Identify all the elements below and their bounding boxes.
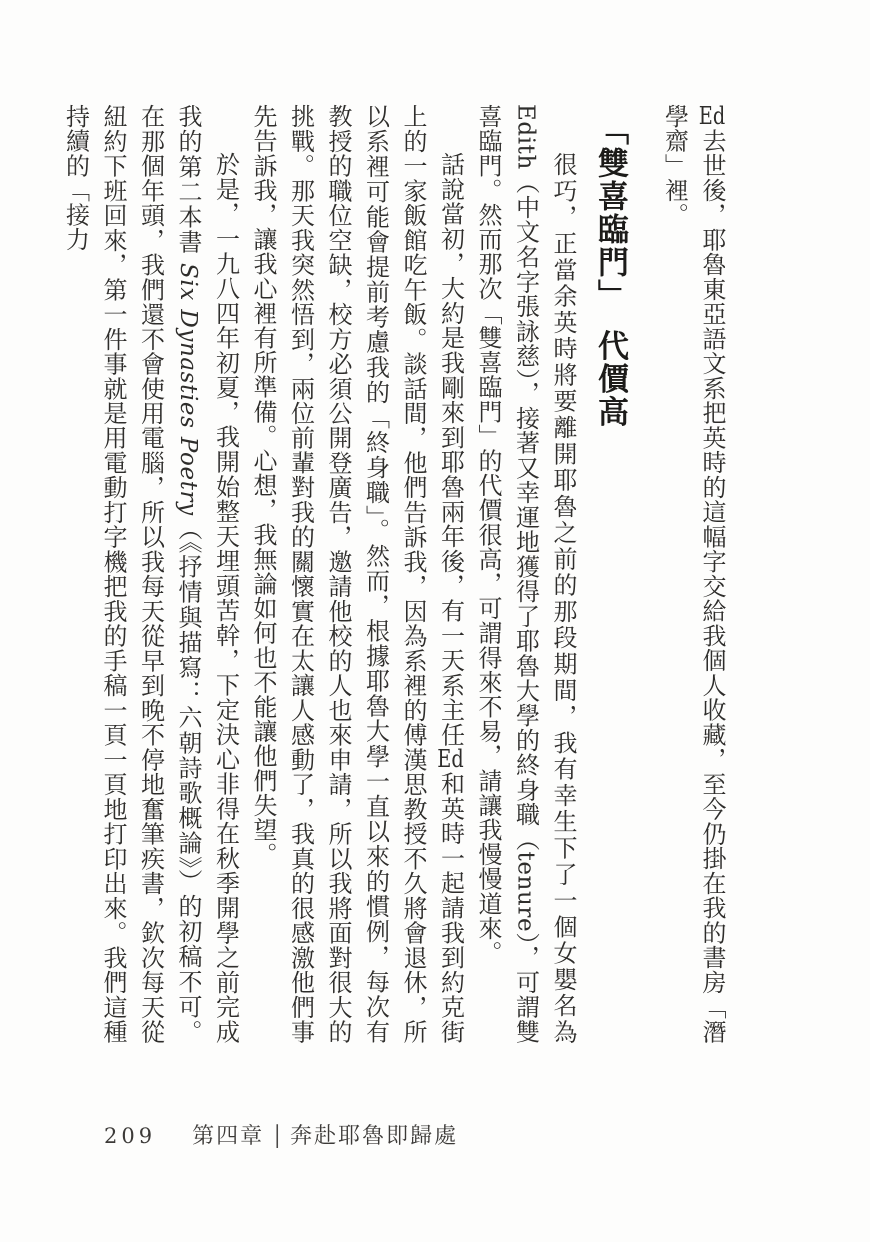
paragraph-1984-summer: 於是，一九八四年初夏，我開始整天埋頭苦幹，下定決心非得在秋季開學之前完成我的第二… [56, 104, 244, 1044]
paragraph-lunch-story: 話說當初，大約是我剛來到耶魯兩年後，有一天系主任Ed和英時一起請我到約克街上的一… [244, 104, 469, 1044]
chapter-title: 奔赴耶魯即歸處 [290, 1119, 458, 1150]
paragraph-continuation: Ed去世後，耶魯東亞語文系把英時的這幅字交給我個人收藏，至今仍掛在我的書房「潛學… [655, 104, 730, 1044]
page-number: 209 [104, 1124, 156, 1148]
paragraph-double-happiness: 很巧，正當余英時將要離開耶魯之前的那段期間，我有幸生下了一個女嬰名為Edith（… [469, 104, 582, 1044]
chapter-label: 第四章 [192, 1119, 264, 1150]
section-heading: 「雙喜臨門」 代價高 [585, 104, 635, 1044]
page-body-vertical-text: Ed去世後，耶魯東亞語文系把英時的這幅字交給我個人收藏，至今仍掛在我的書房「潛學… [56, 104, 730, 1044]
page-footer: 209 第四章 │ 奔赴耶魯即歸處 [104, 1119, 458, 1150]
book-page: Ed去世後，耶魯東亞語文系把英時的這幅字交給我個人收藏，至今仍掛在我的書房「潛學… [0, 0, 870, 1242]
chapter-separator: │ [271, 1124, 283, 1148]
